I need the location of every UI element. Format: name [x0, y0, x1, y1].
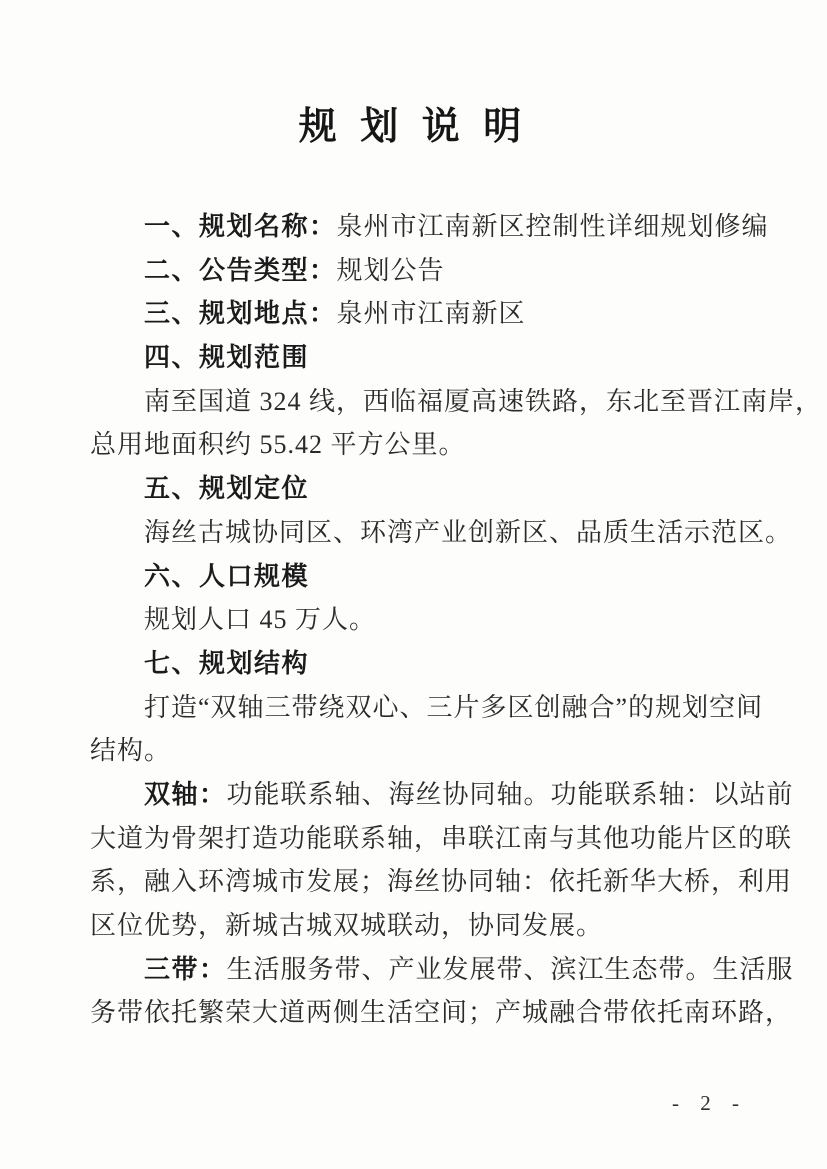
text-line: 区位优势，新城古城双城联动，协同发展。 — [90, 904, 797, 948]
line-lead: 二、公告类型： — [144, 255, 337, 285]
line-text: 区位优势，新城古城双城联动，协同发展。 — [90, 911, 603, 940]
document-body: 一、规划名称：泉州市江南新区控制性详细规划修编 二、公告类型：规划公告 三、规划… — [0, 205, 827, 1035]
line-text: 规划公告 — [337, 256, 445, 285]
line-text: 结构。 — [90, 736, 171, 765]
section-heading: 四、规划范围 — [90, 336, 797, 380]
line-text: 泉州市江南新区控制性详细规划修编 — [337, 212, 769, 241]
text-line: 二、公告类型：规划公告 — [90, 249, 797, 293]
line-lead: 三带： — [144, 954, 227, 984]
text-line: 结构。 — [90, 729, 797, 773]
page-number: - 2 - — [0, 1091, 827, 1116]
line-lead: 三、规划地点： — [144, 298, 337, 328]
line-text: 功能联系轴、海丝协同轴。功能联系轴：以站前 — [227, 780, 794, 809]
text-line: 三带：生活服务带、产业发展带、滨江生态带。生活服 — [90, 948, 797, 992]
scanned-document-page: 规 划 说 明 一、规划名称：泉州市江南新区控制性详细规划修编 二、公告类型：规… — [0, 0, 827, 1169]
section-heading: 七、规划结构 — [90, 642, 797, 686]
line-text: 大道为骨架打造功能联系轴，串联江南与其他功能片区的联 — [90, 824, 792, 853]
line-lead: 双轴： — [144, 779, 227, 809]
line-lead: 六、人口规模 — [144, 561, 309, 591]
line-lead: 四、规划范围 — [144, 342, 309, 372]
line-text: 泉州市江南新区 — [337, 299, 526, 328]
line-text: 务带依托繁荣大道两侧生活空间；产城融合带依托南环路， — [90, 998, 792, 1027]
line-lead: 五、规划定位 — [144, 473, 309, 503]
line-text: 南至国道 324 线，西临福厦高速铁路，东北至晋江南岸， — [144, 387, 822, 416]
line-text: 总用地面积约 55.42 平方公里。 — [90, 430, 466, 459]
text-line: 南至国道 324 线，西临福厦高速铁路，东北至晋江南岸， — [90, 380, 797, 424]
text-line: 打造“双轴三带绕双心、三片多区创融合”的规划空间 — [90, 686, 797, 730]
text-line: 双轴：功能联系轴、海丝协同轴。功能联系轴：以站前 — [90, 773, 797, 817]
line-text: 系，融入环湾城市发展；海丝协同轴：依托新华大桥，利用 — [90, 867, 792, 896]
page-title: 规 划 说 明 — [0, 0, 827, 151]
line-text: 打造“双轴三带绕双心、三片多区创融合”的规划空间 — [144, 693, 763, 722]
section-heading: 五、规划定位 — [90, 467, 797, 511]
text-line: 务带依托繁荣大道两侧生活空间；产城融合带依托南环路， — [90, 991, 797, 1035]
text-line: 大道为骨架打造功能联系轴，串联江南与其他功能片区的联 — [90, 817, 797, 861]
line-text: 生活服务带、产业发展带、滨江生态带。生活服 — [227, 955, 794, 984]
line-text: 海丝古城协同区、环湾产业创新区、品质生活示范区。 — [144, 518, 792, 547]
text-line: 总用地面积约 55.42 平方公里。 — [90, 423, 797, 467]
section-heading: 六、人口规模 — [90, 555, 797, 599]
line-text: 规划人口 45 万人。 — [144, 605, 376, 634]
line-lead: 七、规划结构 — [144, 648, 309, 678]
text-line: 三、规划地点：泉州市江南新区 — [90, 292, 797, 336]
text-line: 一、规划名称：泉州市江南新区控制性详细规划修编 — [90, 205, 797, 249]
text-line: 规划人口 45 万人。 — [90, 598, 797, 642]
text-line: 海丝古城协同区、环湾产业创新区、品质生活示范区。 — [90, 511, 797, 555]
line-lead: 一、规划名称： — [144, 211, 337, 241]
text-line: 系，融入环湾城市发展；海丝协同轴：依托新华大桥，利用 — [90, 860, 797, 904]
